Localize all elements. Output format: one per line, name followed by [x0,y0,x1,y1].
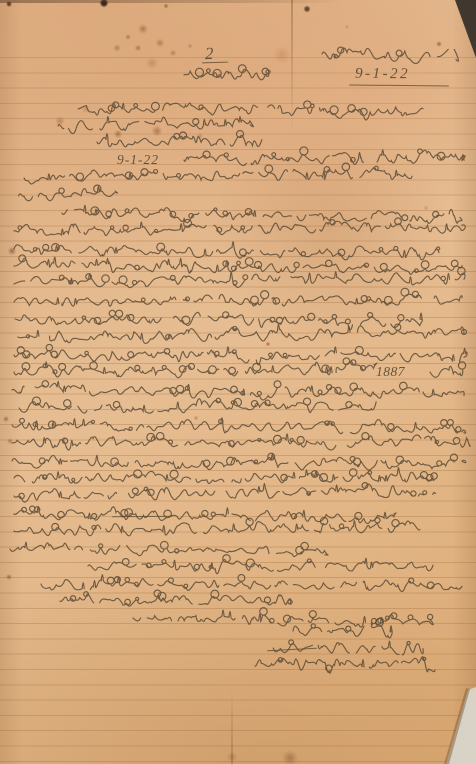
body-year-1887: 1887 [376,364,405,380]
handwriting-layer: பாலக்காடுஇடையம்பார்புகழும் மகாமகோபாத்திய… [0,0,476,764]
body-opening-date: 9-1-22 [117,152,159,168]
handwriting-line: பா. ஜ. சின்னத்துரை [255,653,435,679]
header-date: 9-1-22 [355,66,410,84]
handwriting-line: பாலக்காடு [322,41,456,67]
letter-photo: பாலக்காடுஇடையம்பார்புகழும் மகாமகோபாத்திய… [0,0,476,764]
paper-top-edge-shadow [0,0,476,3]
handwriting-line: இடையம் [184,62,268,88]
